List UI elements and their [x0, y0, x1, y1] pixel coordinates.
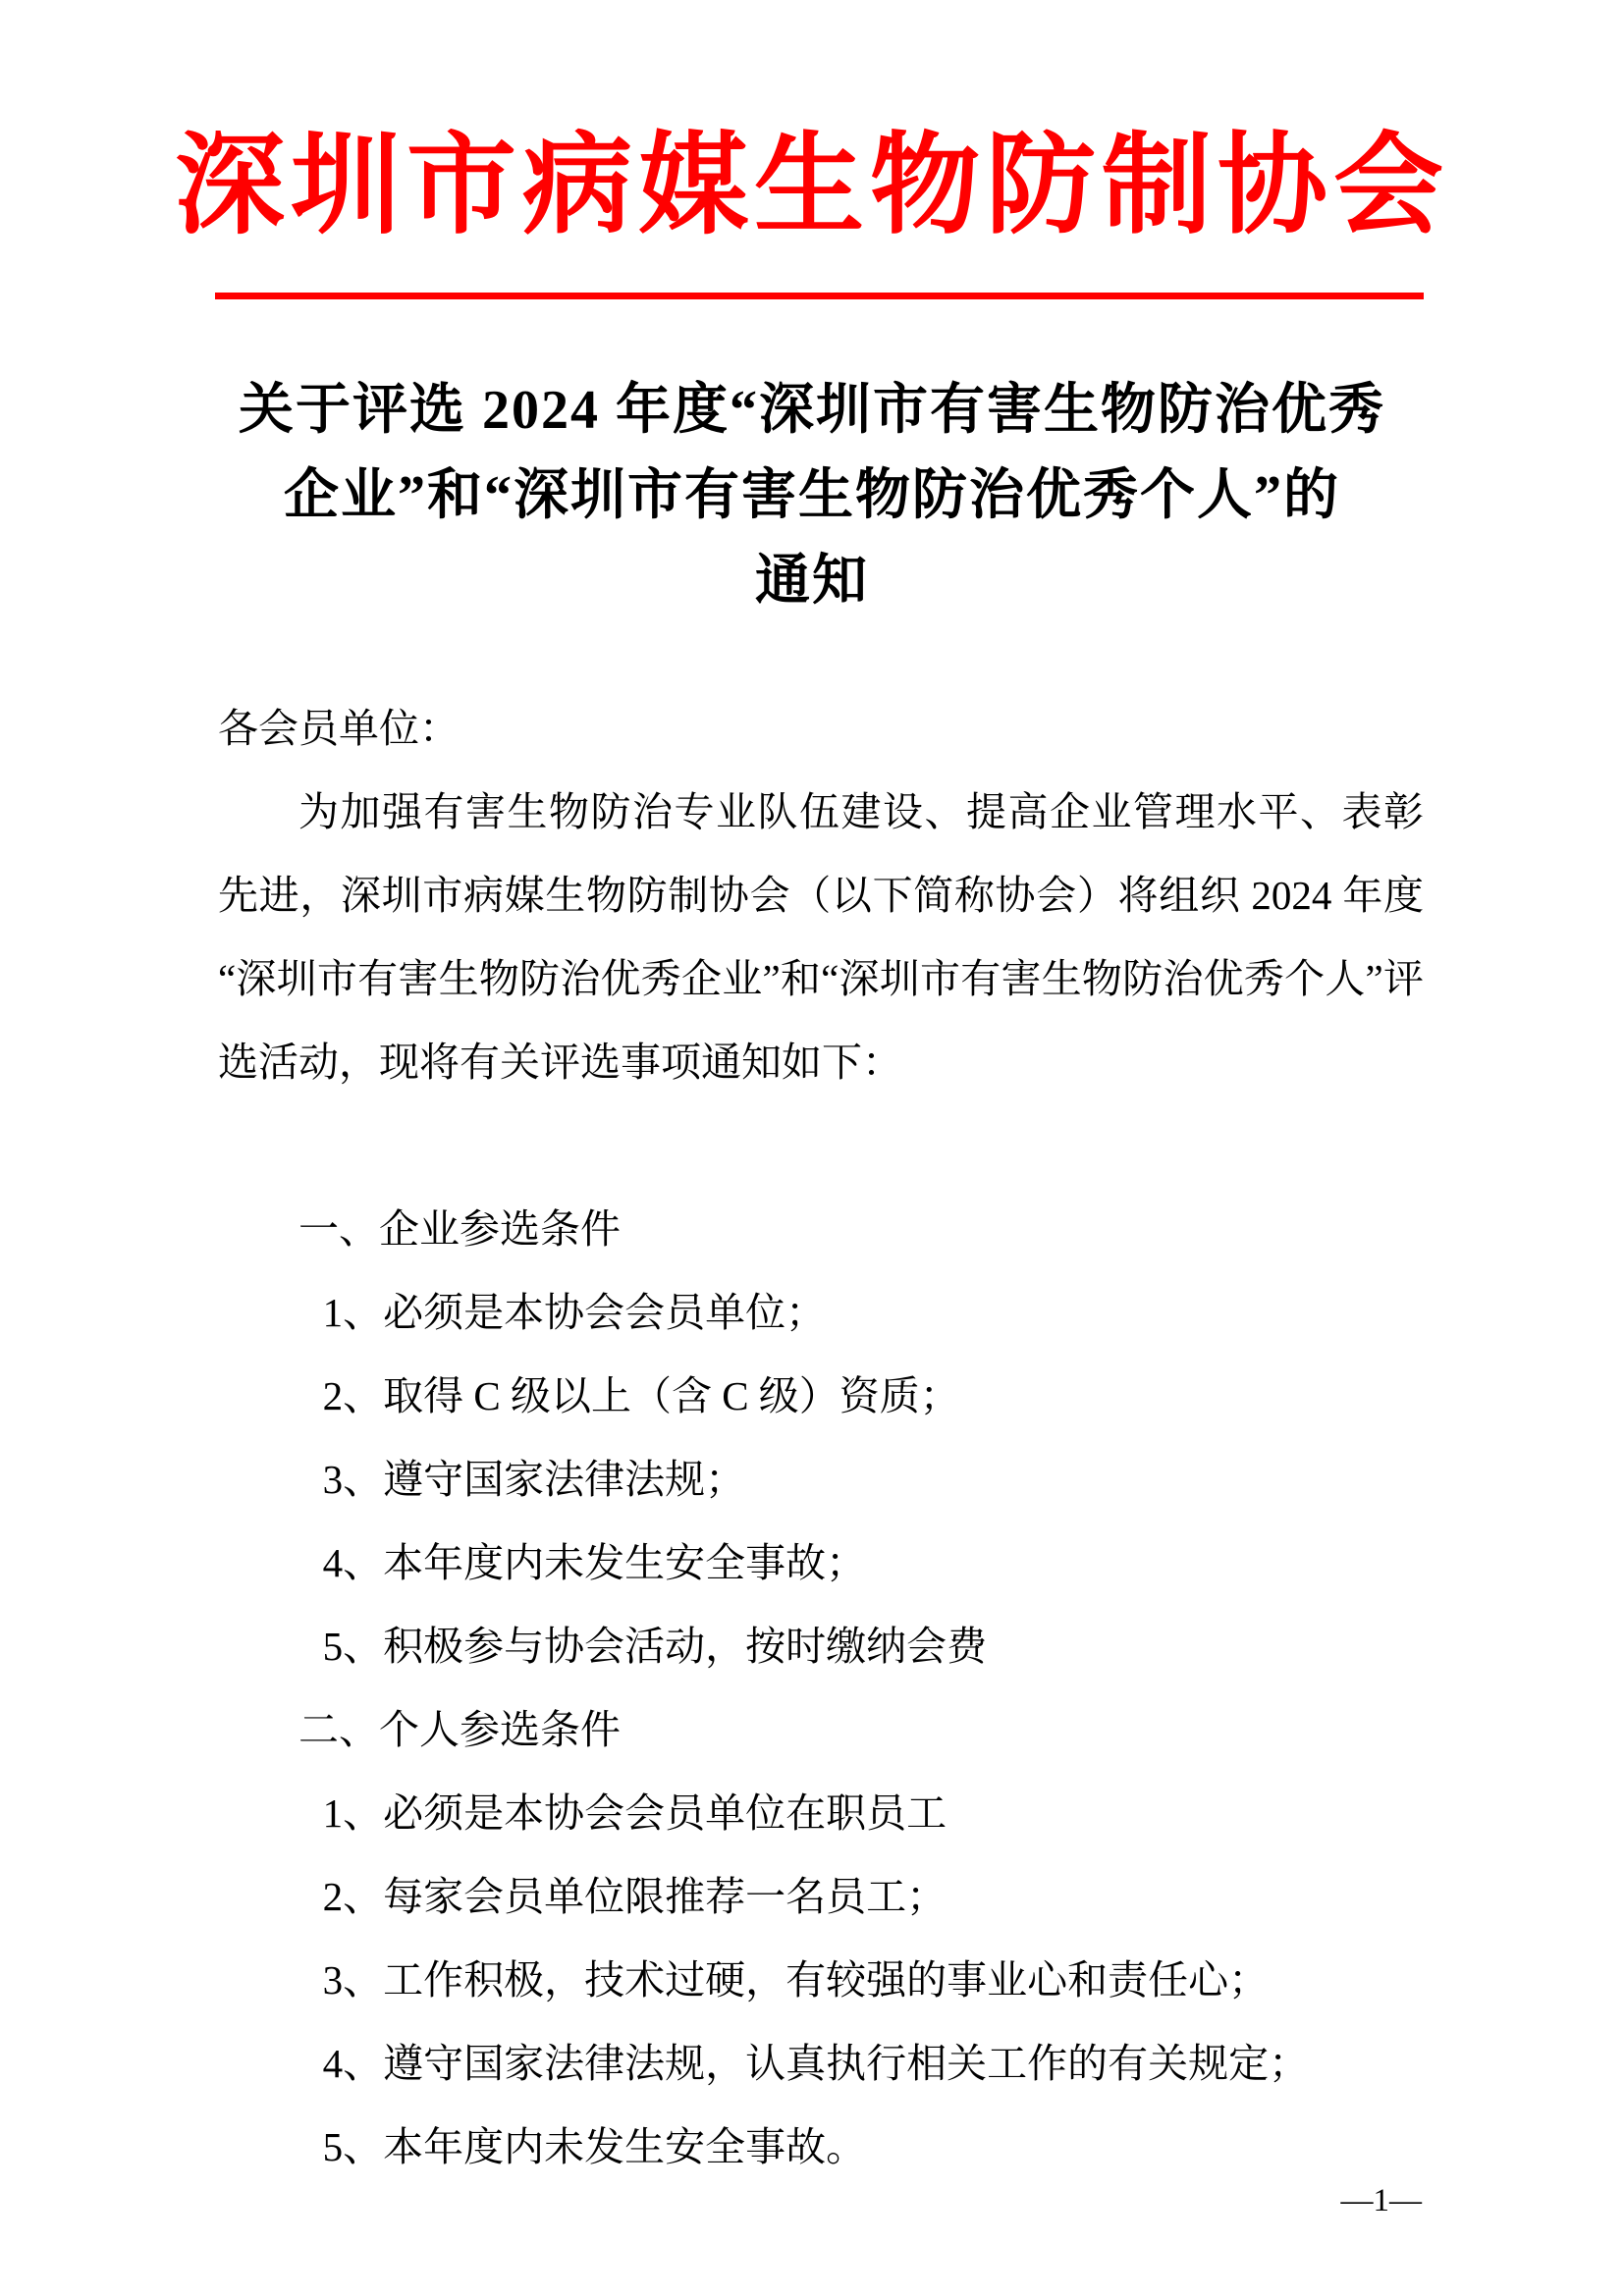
doc-title-line-3: 通知	[118, 539, 1506, 624]
section-2-heading: 二、个人参选条件	[218, 1688, 1424, 1772]
section-1-item-1: 1、必须是本协会会员单位；	[218, 1271, 1424, 1355]
section-2-item-3: 3、工作积极，技术过硬，有较强的事业心和责任心；	[218, 1939, 1424, 2022]
document-body: 各会员单位： 为加强有害生物防治专业队伍建设、提高企业管理水平、表彰先进，深圳市…	[218, 687, 1424, 2189]
section-2-item-4: 4、遵守国家法律法规，认真执行相关工作的有关规定；	[218, 2022, 1424, 2106]
section-1-item-2: 2、取得 C 级以上（含 C 级）资质；	[218, 1355, 1424, 1438]
section-1-item-4: 4、本年度内未发生安全事故；	[218, 1522, 1424, 1605]
masthead-divider-rule	[215, 293, 1424, 299]
doc-title: 关于评选 2024 年度“深圳市有害生物防治优秀 企业”和“深圳市有害生物防治优…	[118, 368, 1506, 624]
section-1-item-5: 5、积极参与协会活动，按时缴纳会费	[218, 1605, 1424, 1688]
section-1-item-3: 3、遵守国家法律法规；	[218, 1438, 1424, 1522]
section-1-heading: 一、企业参选条件	[218, 1188, 1424, 1271]
section-2-item-5: 5、本年度内未发生安全事故。	[218, 2106, 1424, 2189]
section-2-item-2: 2、每家会员单位限推荐一名员工；	[218, 1855, 1424, 1939]
document-page: 深圳市病媒生物防制协会 关于评选 2024 年度“深圳市有害生物防治优秀 企业”…	[0, 0, 1624, 2296]
section-2-item-1: 1、必须是本协会会员单位在职员工	[218, 1772, 1424, 1855]
doc-title-line-1: 关于评选 2024 年度“深圳市有害生物防治优秀	[118, 368, 1506, 454]
salutation: 各会员单位：	[218, 687, 1424, 771]
blank-line-spacer	[218, 1104, 1424, 1188]
intro-paragraph: 为加强有害生物防治专业队伍建设、提高企业管理水平、表彰先进，深圳市病媒生物防制协…	[218, 771, 1424, 1104]
page-number: —1—	[1341, 2181, 1423, 2220]
org-name-masthead: 深圳市病媒生物防制协会	[0, 116, 1624, 259]
doc-title-line-2: 企业”和“深圳市有害生物防治优秀个人”的	[118, 454, 1506, 539]
